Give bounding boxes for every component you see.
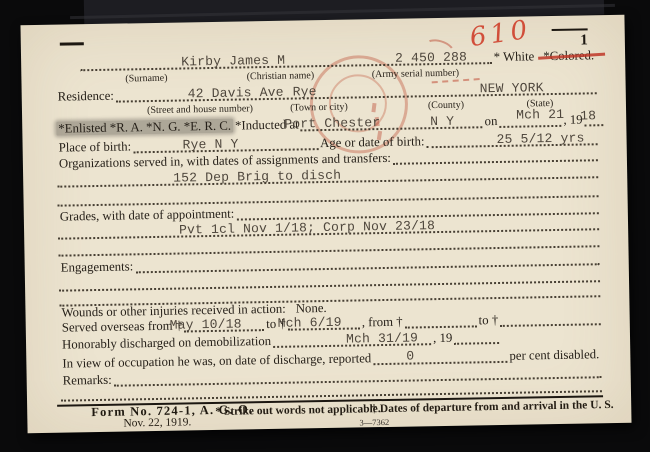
typed-inducted-year: 18 xyxy=(580,109,596,123)
footer-form-date: Nov. 22, 1919. xyxy=(123,416,191,429)
typed-birth-place: Rye N Y xyxy=(182,138,238,153)
discharge-year-blank xyxy=(454,326,499,345)
footer-asterisk-note: * Strike out words not applicable. xyxy=(215,403,381,418)
service-record-card: 1 610 * White *Colored. (Surname) (Chris… xyxy=(20,15,631,433)
typed-inducted-place-state: N Y xyxy=(430,115,454,129)
typed-serial: 2 450 288 xyxy=(395,51,467,66)
race-white-label: * White xyxy=(492,49,537,64)
footer-print-code: 3—7362 xyxy=(359,417,389,428)
photo-background: 1 610 * White *Colored. (Surname) (Chris… xyxy=(0,0,650,452)
overseas-to2-blank xyxy=(500,307,601,327)
on-label: on xyxy=(482,114,499,128)
caption-county: (County) xyxy=(428,100,464,112)
discharge-year-label: , 19 xyxy=(431,331,454,345)
typed-age: 25 5/12 yrs xyxy=(496,131,584,147)
typed-inducted-date: Mch 21 xyxy=(516,108,564,123)
typed-inducted-place: Port Chester xyxy=(284,116,380,132)
corner-dash-mark xyxy=(60,42,84,45)
typed-street: 42 Davis Ave xyxy=(188,86,284,102)
footer-dagger-note: † Dates of departure from and arrival in… xyxy=(371,399,614,415)
typed-disability-percent: 0 xyxy=(406,349,414,363)
caption-surname: (Surname) xyxy=(125,73,167,85)
place-of-birth-label: Place of birth: xyxy=(57,139,134,154)
typed-discharge-date: Mch 31/19 xyxy=(346,331,418,346)
typed-state: NEW YORK xyxy=(480,81,544,96)
discharge-label: Honorably discharged on demobilization xyxy=(60,334,273,352)
typed-organization: 152 Dep Brig to disch xyxy=(173,169,341,186)
typed-town: Rye xyxy=(293,85,317,99)
typed-overseas-from: May 10/18 xyxy=(170,317,242,332)
typed-overseas-to: Mch 6/19 xyxy=(278,316,342,331)
typed-name: Kirby James M xyxy=(181,54,285,70)
overseas-label: Served overseas from † xyxy=(60,318,185,334)
race-colored-label-struck: *Colored. xyxy=(541,48,596,63)
residence-label: Residence: xyxy=(56,89,116,104)
caption-street: (Street and house number) xyxy=(147,103,253,116)
